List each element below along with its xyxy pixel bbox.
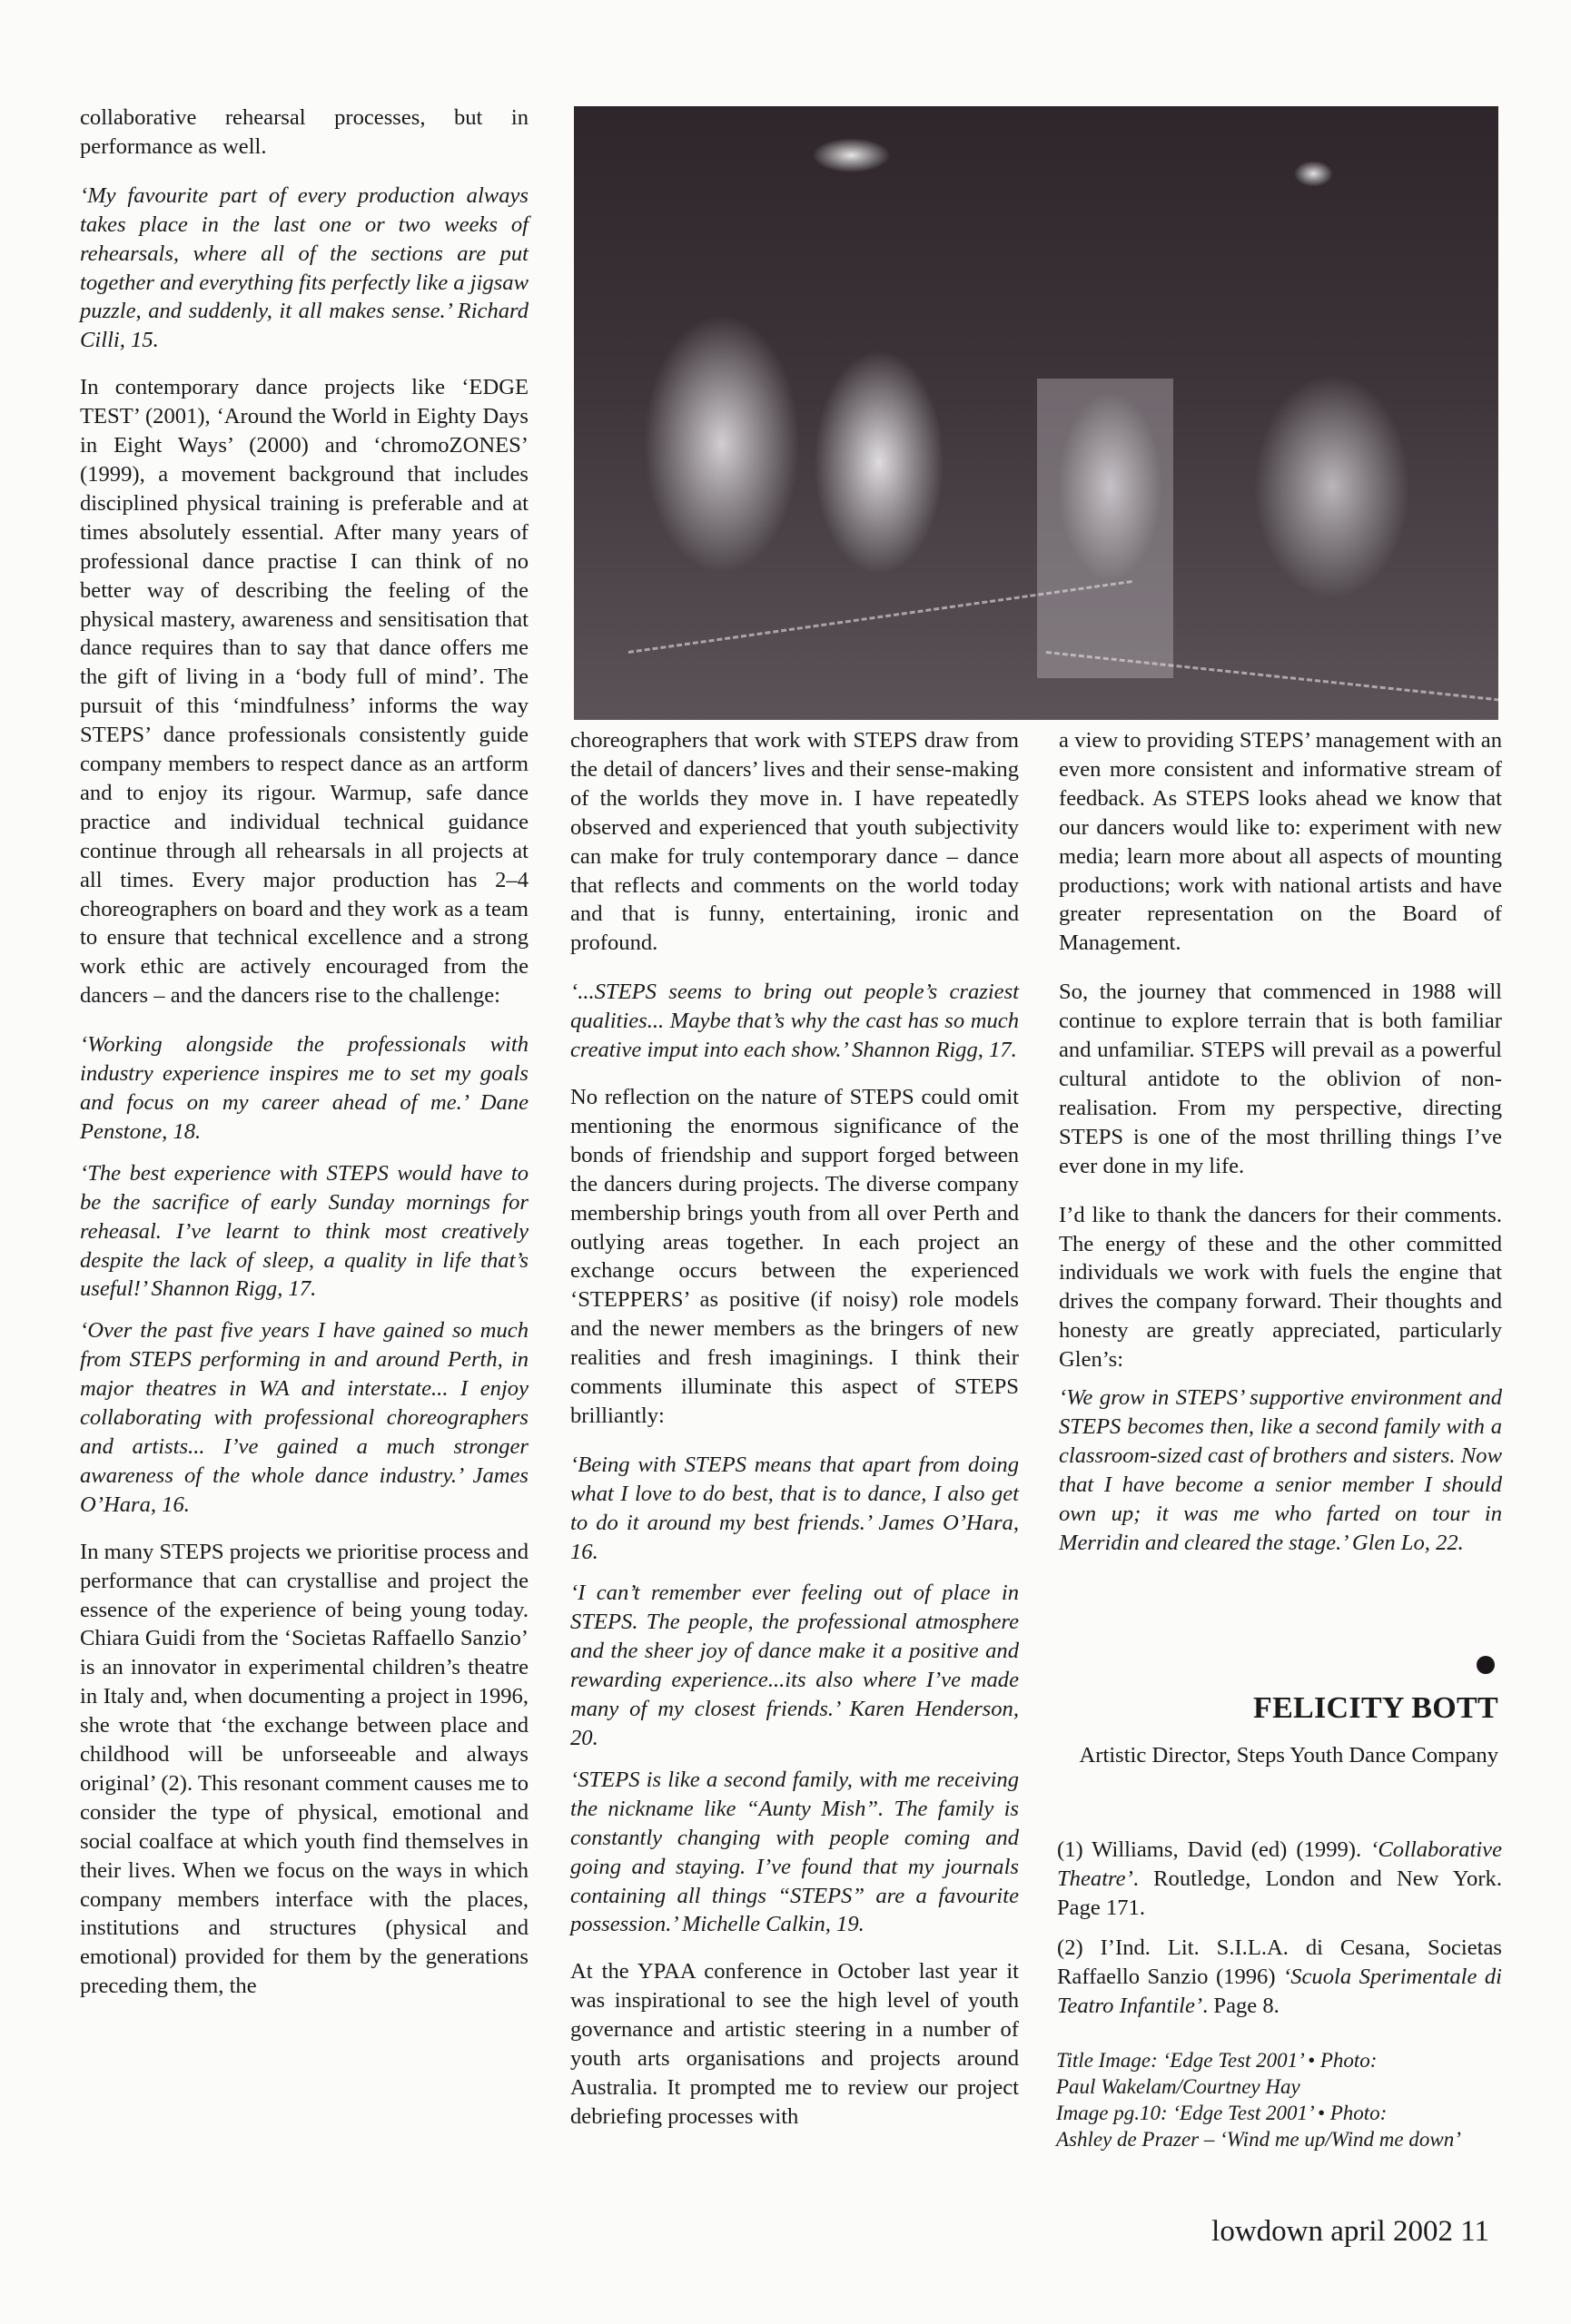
reference-item: (1) Williams, David (ed) (1999). ‘Collab… [1057,1836,1502,1923]
body-paragraph: In contemporary dance projects like ‘EDG… [80,373,529,1010]
references: (1) Williams, David (ed) (1999). ‘Collab… [1057,1836,1502,2031]
quote-shannon-rigg: ‘...STEPS seems to bring out people’s cr… [570,978,1019,1065]
body-paragraph: collaborative rehearsal processes, but i… [80,103,529,162]
author-name: FELICITY BOTT [1253,1691,1498,1726]
end-mark-bullet-icon [1477,1656,1495,1674]
quote-glen-lo: ‘We grow in STEPS’ supportive environmen… [1059,1384,1502,1557]
credit-line: Paul Wakelam/Courtney Hay [1056,2073,1501,2100]
reference-item: (2) I’Ind. Lit. S.I.L.A. di Cesana, Soci… [1057,1934,1502,2021]
quote-shannon-rigg: ‘The best experience with STEPS would ha… [80,1159,529,1305]
quote-james-ohara: ‘Being with STEPS means that apart from … [570,1451,1019,1567]
credit-line: Ashley de Prazer – ‘Wind me up/Wind me d… [1056,2126,1501,2152]
quote-james-ohara: ‘Over the past five years I have gained … [80,1316,529,1519]
right-column: a view to providing STEPS’ management wi… [1059,726,1502,1570]
quote-dane-penstone: ‘Working alongside the professionals wit… [80,1030,529,1147]
body-paragraph: So, the journey that commenced in 1988 w… [1059,978,1502,1180]
quote-karen-henderson: ‘I can’t remember ever feeling out of pl… [570,1579,1019,1752]
body-paragraph: No reflection on the nature of STEPS cou… [570,1083,1019,1431]
body-paragraph: a view to providing STEPS’ management wi… [1059,726,1502,958]
reference-suffix: . Page 8. [1202,1994,1280,2018]
body-paragraph: I’d like to thank the dancers for their … [1059,1201,1502,1374]
photo-credits: Title Image: ‘Edge Test 2001’ • Photo: P… [1056,2047,1501,2152]
left-column: collaborative rehearsal processes, but i… [80,103,529,2021]
dance-photo [574,106,1498,720]
credit-line: Title Image: ‘Edge Test 2001’ • Photo: [1056,2047,1501,2073]
credit-line: Image pg.10: ‘Edge Test 2001’ • Photo: [1056,2100,1501,2126]
body-paragraph: choreographers that work with STEPS draw… [570,726,1019,958]
photo-stage-panel [1037,379,1173,678]
body-paragraph: At the YPAA conference in October last y… [570,1957,1019,2131]
body-paragraph: In many STEPS projects we prioritise pro… [80,1538,529,2002]
page-folio: lowdown april 2002 11 [1211,2215,1489,2249]
reference-prefix: (1) Williams, David (ed) (1999). [1057,1837,1370,1862]
middle-column: choreographers that work with STEPS draw… [570,726,1019,2152]
quote-richard-cilli: ‘My favourite part of every production a… [80,182,529,355]
quote-michelle-calkin: ‘STEPS is like a second family, with me … [570,1766,1019,1939]
author-role: Artistic Director, Steps Youth Dance Com… [1059,1741,1498,1770]
